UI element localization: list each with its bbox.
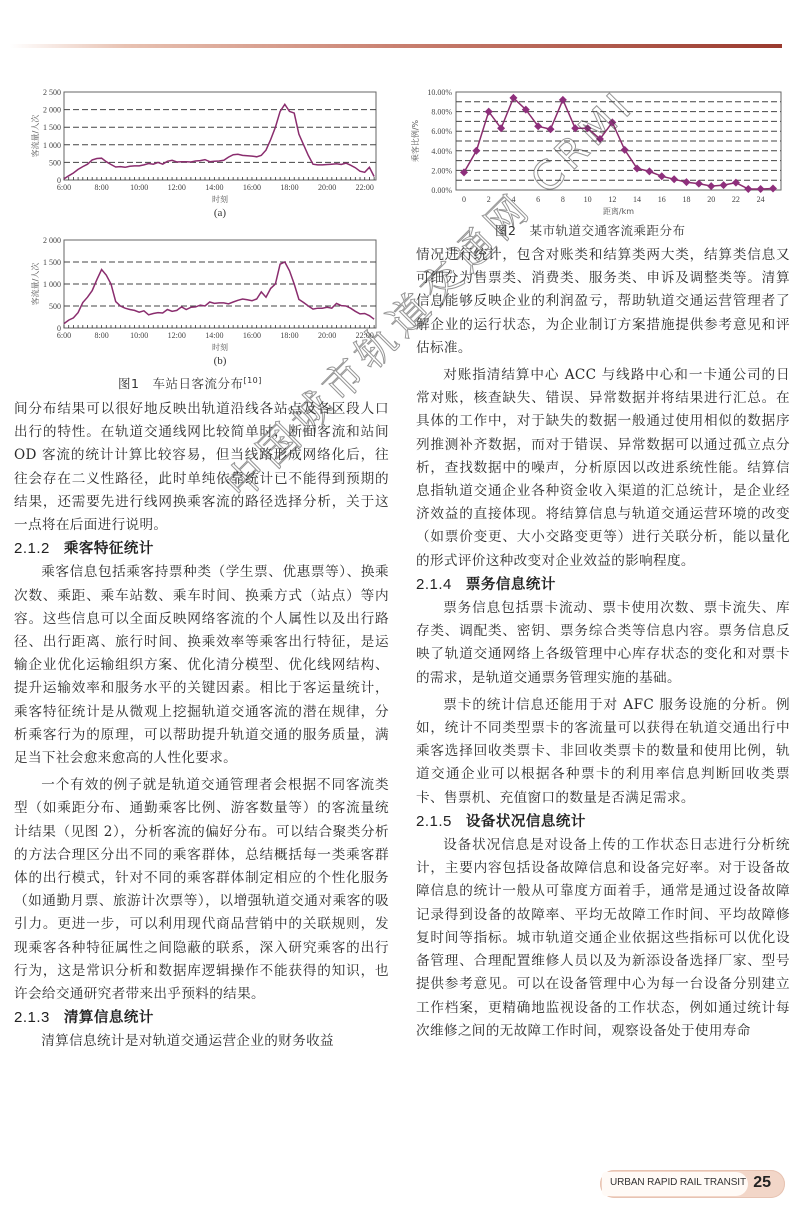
left-column: 间分布结果可以很好地反映出轨道沿线各站点及各区段人口出行的特性。在轨道交通线网比… — [14, 398, 389, 1054]
paragraph: 一个有效的例子就是轨道交通管理者会根据不同客流类型（如乘距分布、通勤乘客比例、游… — [14, 774, 389, 1006]
x-tick-label: 16 — [658, 195, 666, 204]
subfigure-label: (a) — [214, 207, 227, 219]
journal-name: URBAN RAPID RAIL TRANSIT — [610, 1177, 746, 1188]
x-axis-title: 距离/km — [603, 206, 634, 216]
x-tick-label: 6 — [536, 195, 540, 204]
paragraph: 清算信息统计是对轨道交通运营企业的财务收益 — [14, 1030, 389, 1053]
diamond-marker-icon — [658, 172, 666, 180]
x-tick-label: 20:00 — [318, 183, 336, 192]
x-tick-label: 8:00 — [94, 183, 108, 192]
x-tick-label: 14:00 — [205, 183, 223, 192]
paragraph: 设备状况信息是对设备上传的工作状态日志进行分析统计，主要内容包括设备故障信息和设… — [416, 834, 790, 1043]
x-tick-label: 14:00 — [205, 331, 223, 340]
data-line — [64, 262, 374, 324]
header-rule — [10, 44, 782, 48]
y-axis-title: 乘客比例/% — [410, 119, 420, 162]
plot-frame — [64, 92, 376, 180]
diamond-marker-icon — [472, 147, 480, 155]
diamond-marker-icon — [633, 164, 641, 172]
x-tick-label: 12 — [608, 195, 616, 204]
x-tick-label: 20:00 — [318, 331, 336, 340]
x-tick-label: 0 — [462, 195, 466, 204]
x-tick-label: 4 — [511, 195, 515, 204]
figure-1b-svg: 05001 0001 5002 0006:008:0010:0012:0014:… — [30, 230, 380, 370]
section-number: 2.1.4 — [416, 576, 452, 593]
y-tick-label: 1 000 — [43, 280, 61, 289]
diamond-marker-icon — [645, 167, 653, 175]
x-tick-label: 6:00 — [57, 183, 71, 192]
figure-2-svg: 0.00%2.00%4.00%6.00%8.00%10.00%024681012… — [408, 84, 788, 219]
x-tick-label: 10:00 — [130, 331, 148, 340]
figure-1-caption: 图1 车站日客流分布[10] — [118, 374, 262, 392]
y-tick-label: 2.00% — [431, 166, 452, 175]
diamond-marker-icon — [670, 175, 678, 183]
diamond-marker-icon — [707, 182, 715, 190]
x-tick-label: 20 — [707, 195, 715, 204]
x-tick-label: 2 — [487, 195, 491, 204]
section-number: 2.1.2 — [14, 540, 50, 557]
diamond-marker-icon — [682, 178, 690, 186]
page-number: 25 — [753, 1174, 771, 1192]
section-title: 清算信息统计 — [64, 1010, 154, 1026]
x-tick-label: 14 — [633, 195, 641, 204]
section-title: 票务信息统计 — [466, 577, 556, 593]
diamond-marker-icon — [695, 180, 703, 188]
y-tick-label: 2 000 — [43, 236, 61, 245]
figure-2-caption: 图2 某市轨道交通客流乘距分布 — [495, 221, 685, 239]
section-title: 设备状况信息统计 — [466, 814, 586, 830]
diamond-marker-icon — [621, 146, 629, 154]
y-tick-label: 500 — [49, 302, 61, 311]
section-number: 2.1.3 — [14, 1009, 50, 1026]
figure-1a-chart: 05001 0001 5002 0002 5006:008:0010:0012:… — [30, 82, 380, 222]
subfigure-label: (b) — [214, 355, 227, 367]
x-tick-label: 10:00 — [130, 183, 148, 192]
y-axis-title: 客流量/人次 — [30, 263, 40, 306]
section-heading-2-1-4: 2.1.4票务信息统计 — [416, 573, 790, 597]
section-heading-2-1-2: 2.1.2乘客特征统计 — [14, 537, 389, 561]
x-tick-label: 12:00 — [168, 183, 186, 192]
paragraph: 票卡的统计信息还能用于对 AFC 服务设施的分析。例如，统计不同类型票卡的客流量… — [416, 694, 790, 810]
x-tick-label: 16:00 — [243, 183, 261, 192]
right-column: 情况进行统计，包含对账类和结算类两大类，结算类信息又可细分为售票类、消费类、服务… — [416, 244, 790, 1043]
y-tick-label: 1 500 — [43, 258, 61, 267]
x-tick-label: 24 — [757, 195, 765, 204]
y-tick-label: 500 — [49, 158, 61, 167]
x-tick-label: 8 — [561, 195, 565, 204]
figure-1-citation: [10] — [243, 376, 261, 385]
paragraph: 间分布结果可以很好地反映出轨道沿线各站点及各区段人口出行的特性。在轨道交通线网比… — [14, 398, 389, 537]
x-tick-label: 22:00 — [356, 331, 374, 340]
x-tick-label: 22:00 — [356, 183, 374, 192]
x-tick-label: 18 — [682, 195, 690, 204]
paragraph: 对账指清结算中心 ACC 与线路中心和一卡通公司的日常对账，核查缺失、错误、异常… — [416, 364, 790, 573]
y-tick-label: 2 500 — [43, 88, 61, 97]
y-tick-label: 8.00% — [431, 108, 452, 117]
x-tick-label: 18:00 — [280, 183, 298, 192]
y-tick-label: 1 000 — [43, 141, 61, 150]
diamond-marker-icon — [757, 185, 765, 193]
y-tick-label: 10.00% — [427, 88, 452, 97]
figure-1-caption-text: 图1 车站日客流分布 — [118, 376, 243, 391]
y-tick-label: 2 000 — [43, 106, 61, 115]
figure-1b-chart: 05001 0001 5002 0006:008:0010:0012:0014:… — [30, 230, 380, 370]
diamond-marker-icon — [460, 168, 468, 176]
section-number: 2.1.5 — [416, 813, 452, 830]
paragraph: 乘客信息包括乘客持票种类（学生票、优惠票等）、换乘次数、乘距、乘车站数、乘车时间… — [14, 561, 389, 770]
y-tick-label: 6.00% — [431, 127, 452, 136]
y-tick-label: 0.00% — [431, 186, 452, 195]
x-tick-label: 8:00 — [94, 331, 108, 340]
section-title: 乘客特征统计 — [64, 541, 154, 557]
x-tick-label: 18:00 — [280, 331, 298, 340]
x-axis-title: 时刻 — [212, 194, 228, 204]
x-axis-title: 时刻 — [212, 342, 228, 352]
x-tick-label: 10 — [584, 195, 592, 204]
y-axis-title: 客流量/人次 — [30, 115, 40, 158]
x-tick-label: 12:00 — [168, 331, 186, 340]
figure-1a-svg: 05001 0001 5002 0002 5006:008:0010:0012:… — [30, 82, 380, 222]
diamond-marker-icon — [559, 96, 567, 104]
section-heading-2-1-3: 2.1.3清算信息统计 — [14, 1006, 389, 1030]
paragraph: 情况进行统计，包含对账类和结算类两大类，结算类信息又可细分为售票类、消费类、服务… — [416, 244, 790, 360]
section-heading-2-1-5: 2.1.5设备状况信息统计 — [416, 810, 790, 834]
y-tick-label: 1 500 — [43, 123, 61, 132]
figure-2-chart: 0.00%2.00%4.00%6.00%8.00%10.00%024681012… — [408, 84, 788, 219]
data-line — [64, 104, 374, 179]
y-tick-label: 4.00% — [431, 147, 452, 156]
journal-footer-badge: URBAN RAPID RAIL TRANSIT 25 — [600, 1170, 785, 1198]
diamond-marker-icon — [547, 125, 555, 133]
diamond-marker-icon — [769, 185, 777, 193]
x-tick-label: 16:00 — [243, 331, 261, 340]
paragraph: 票务信息包括票卡流动、票卡使用次数、票卡流失、库存类、调配类、密钥、票务综合类等… — [416, 597, 790, 690]
x-tick-label: 22 — [732, 195, 740, 204]
diamond-marker-icon — [720, 181, 728, 189]
x-tick-label: 6:00 — [57, 331, 71, 340]
diamond-marker-icon — [744, 185, 752, 193]
